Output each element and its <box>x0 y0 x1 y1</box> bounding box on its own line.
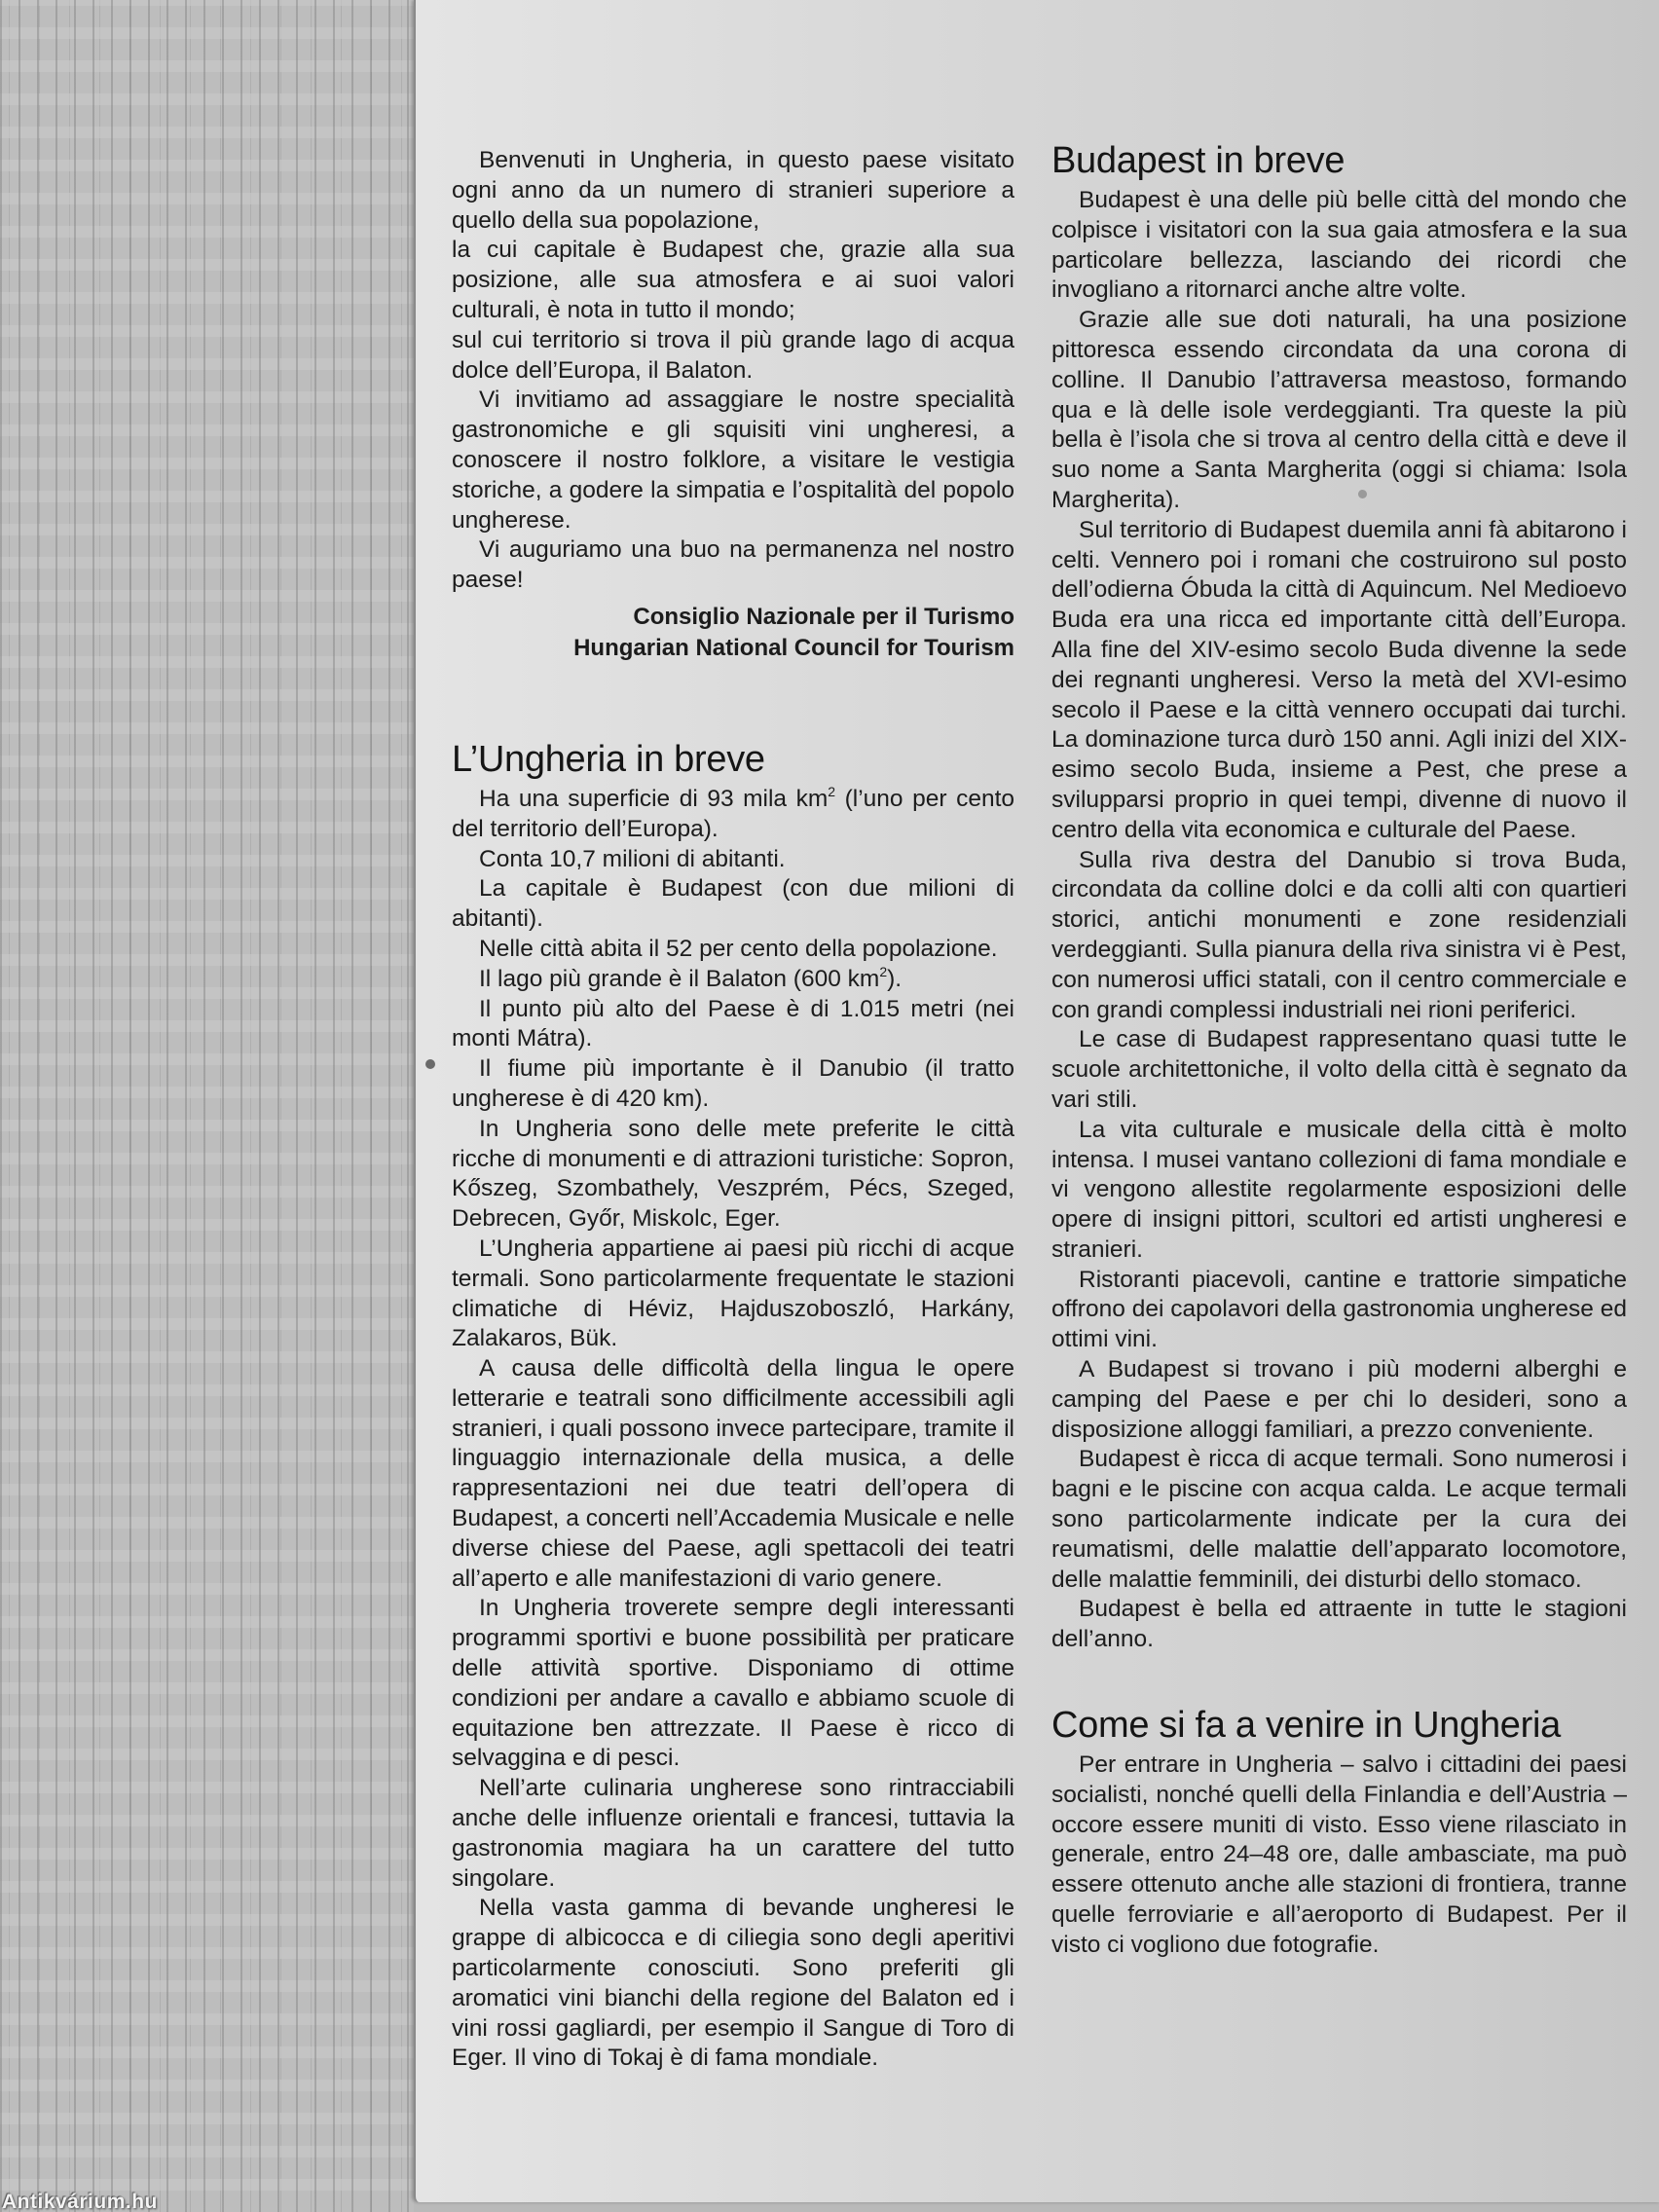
fact-paragraph: L’Ungheria appartiene ai paesi più ricch… <box>452 1235 1014 1354</box>
signature-italian: Consiglio Nazionale per il Turismo <box>452 602 1014 633</box>
ink-speck <box>425 1059 435 1069</box>
fact-paragraph: La capitale è Budapest (con due milioni … <box>452 874 1014 935</box>
budapest-paragraph: Sulla riva destra del Danubio si trova B… <box>1051 846 1627 1026</box>
welcome-section: Benvenuti in Ungheria, in questo paese v… <box>452 146 1014 664</box>
budapest-in-brief-section: Budapest in breve Budapest è una delle p… <box>1051 139 1627 1655</box>
signature: Consiglio Nazionale per il Turismo Hunga… <box>452 602 1014 664</box>
budapest-paragraph: Budapest è ricca di acque termali. Sono … <box>1051 1445 1627 1595</box>
watermark: Antikvárium.hu <box>2 2191 158 2212</box>
budapest-paragraph: Budapest è una delle più belle città del… <box>1051 186 1627 306</box>
budapest-paragraph: Ristoranti piacevoli, cantine e trattori… <box>1051 1266 1627 1355</box>
fact-paragraph: Nell’arte culinaria ungherese sono rintr… <box>452 1774 1014 1894</box>
right-column: Budapest in breve Budapest è una delle p… <box>1051 139 1627 1961</box>
fact-paragraph: Ha una superficie di 93 mila km2 (l’uno … <box>452 785 1014 845</box>
fact-paragraph: In Ungheria troverete sempre degli inter… <box>452 1594 1014 1774</box>
welcome-paragraph: la cui capitale è Budapest che, grazie a… <box>452 236 1014 325</box>
fact-paragraph: Conta 10,7 milioni di abitanti. <box>452 845 1014 875</box>
fact-paragraph: In Ungheria sono delle mete preferite le… <box>452 1115 1014 1235</box>
welcome-paragraph: sul cui territorio si trova il più grand… <box>452 326 1014 387</box>
fact-paragraph: A causa delle difficoltà della lingua le… <box>452 1354 1014 1594</box>
budapest-paragraph: Grazie alle sue doti naturali, ha una po… <box>1051 306 1627 516</box>
fact-paragraph: Il lago più grande è il Balaton (600 km2… <box>452 965 1014 995</box>
fact-paragraph: Nella vasta gamma di bevande ungheresi l… <box>452 1894 1014 2074</box>
left-column: Benvenuti in Ungheria, in questo paese v… <box>452 146 1014 2074</box>
welcome-paragraph: Benvenuti in Ungheria, in questo paese v… <box>452 146 1014 236</box>
how-to-come-section: Come si fa a venire in Ungheria Per entr… <box>1051 1704 1627 1961</box>
section-heading: Budapest in breve <box>1051 139 1627 182</box>
section-heading: Come si fa a venire in Ungheria <box>1051 1704 1627 1747</box>
wood-background <box>0 0 414 2212</box>
section-heading: L’Ungheria in breve <box>452 738 1014 781</box>
budapest-paragraph: Sul territorio di Budapest duemila anni … <box>1051 516 1627 846</box>
fact-paragraph: Il punto più alto del Paese è di 1.015 m… <box>452 995 1014 1055</box>
budapest-paragraph: Budapest è bella ed attraente in tutte l… <box>1051 1595 1627 1655</box>
welcome-paragraph: Vi auguriamo una buo na permanenza nel n… <box>452 535 1014 596</box>
fact-paragraph: Il fiume più importante è il Danubio (il… <box>452 1054 1014 1115</box>
hungary-in-brief-section: L’Ungheria in breve Ha una superficie di… <box>452 738 1014 2074</box>
fact-paragraph: Nelle città abita il 52 per cento della … <box>452 935 1014 965</box>
entry-paragraph: Per entrare in Ungheria – salvo i cittad… <box>1051 1751 1627 1961</box>
budapest-paragraph: Le case di Budapest rappresentano quasi … <box>1051 1025 1627 1115</box>
budapest-paragraph: La vita culturale e musicale della città… <box>1051 1116 1627 1266</box>
budapest-paragraph: A Budapest si trovano i più moderni albe… <box>1051 1355 1627 1445</box>
welcome-paragraph: Vi invitiamo ad assaggiare le nostre spe… <box>452 386 1014 535</box>
signature-english: Hungarian National Council for Tourism <box>452 633 1014 664</box>
